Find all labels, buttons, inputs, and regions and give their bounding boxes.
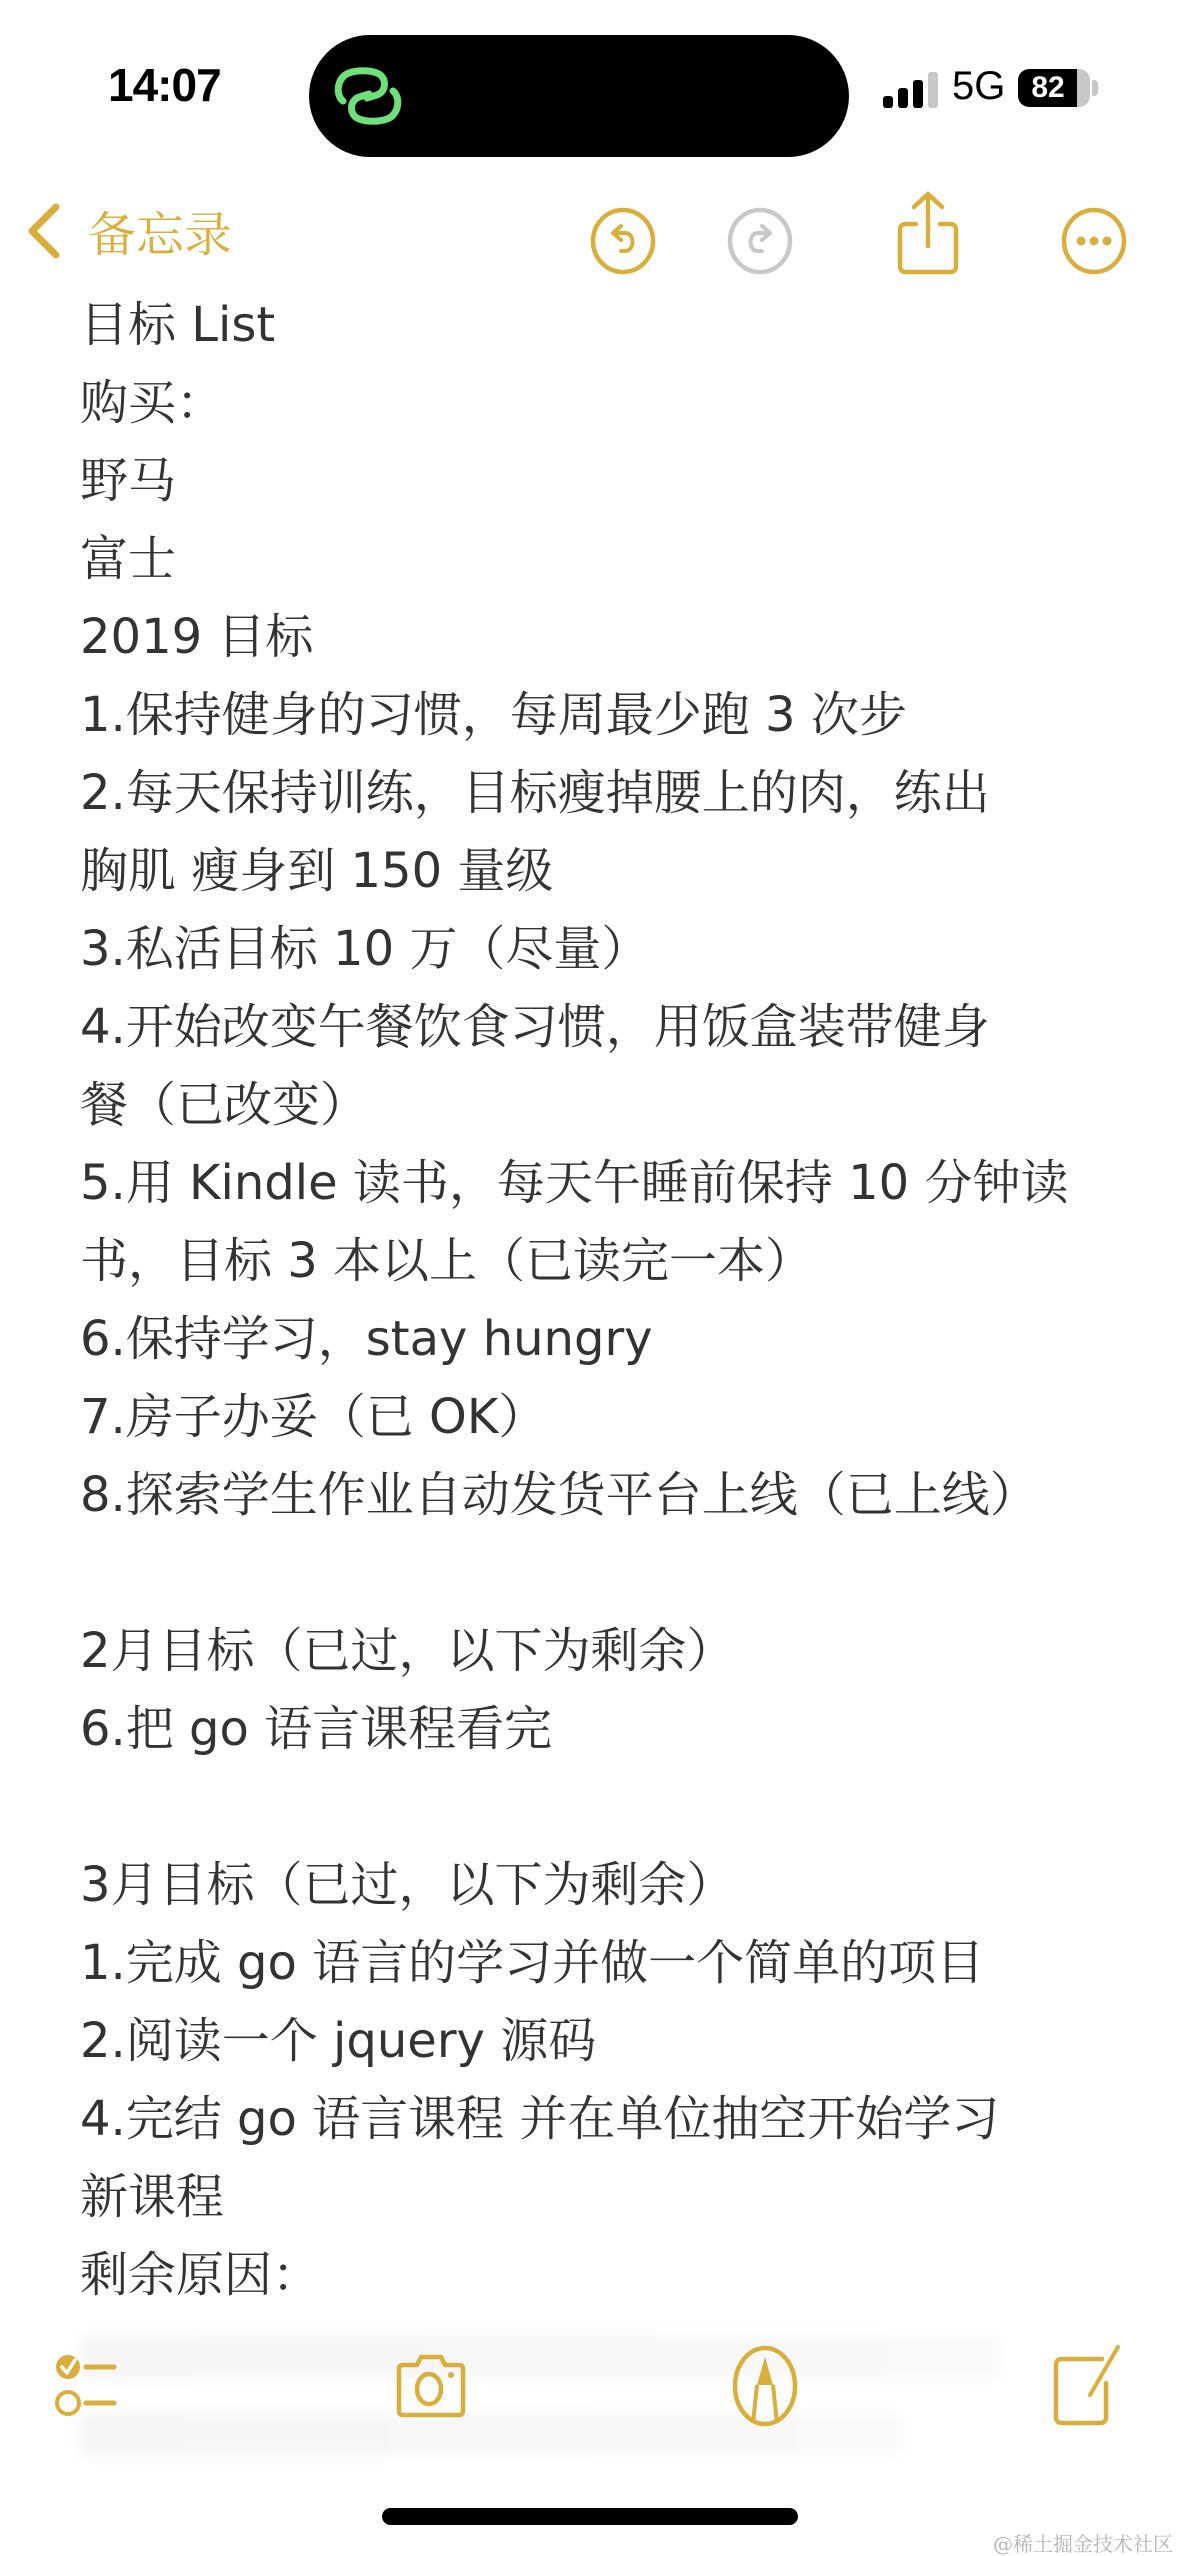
battery-percent: 82	[1018, 69, 1078, 107]
back-label: 备忘录	[88, 196, 232, 265]
watermark: @稀土掘金技术社区	[993, 2528, 1173, 2556]
dynamic-island[interactable]	[309, 35, 849, 157]
battery-indicator: 82	[1018, 69, 1090, 107]
share-icon[interactable]	[894, 190, 962, 276]
note-line: 7.房子办妥（已 OK）	[80, 1378, 1068, 1456]
note-line: 新课程	[80, 2158, 1068, 2236]
note-line: 剩余原因：	[80, 2236, 1068, 2314]
status-time: 14:07	[108, 58, 221, 112]
note-line: 3月目标（已过，以下为剩余）	[80, 1846, 1068, 1924]
note-line: 富士	[80, 520, 1068, 598]
chevron-left-icon	[24, 201, 64, 261]
note-line: 2月目标（已过，以下为剩余）	[80, 1612, 1068, 1690]
note-line: 6.把 go 语言课程看完	[80, 1690, 1068, 1768]
note-line: 1.完成 go 语言的学习并做一个简单的项目	[80, 1924, 1068, 2002]
note-blank-line	[80, 1768, 1068, 1846]
note-line: 目标 List	[80, 286, 1068, 364]
link-icon	[333, 65, 403, 127]
note-line: 8.探索学生作业自动发货平台上线（已上线）	[80, 1456, 1068, 1534]
obscured-note-text	[80, 2335, 1000, 2379]
network-type: 5G	[952, 64, 1005, 109]
note-line: 购买：	[80, 364, 1068, 442]
note-line: 6.保持学习，stay hungry	[80, 1300, 1068, 1378]
battery-cap	[1092, 80, 1098, 96]
note-line: 4.完结 go 语言课程 并在单位抽空开始学习	[80, 2080, 1068, 2158]
note-line: 野马	[80, 442, 1068, 520]
note-line: 5.用 Kindle 读书，每天午睡前保持 10 分钟读	[80, 1144, 1068, 1222]
note-line: 胸肌 瘦身到 150 量级	[80, 832, 1068, 910]
note-body[interactable]: 目标 List 购买： 野马 富士 2019 目标 1.保持健身的习惯，每周最少…	[80, 286, 1068, 2314]
note-blank-line	[80, 1534, 1068, 1612]
redo-icon[interactable]	[726, 207, 794, 275]
back-button[interactable]: 备忘录	[24, 196, 232, 265]
checklist-icon[interactable]	[50, 2347, 130, 2427]
note-line: 1.保持健身的习惯，每周最少跑 3 次步	[80, 676, 1068, 754]
cellular-signal-icon	[883, 72, 939, 108]
undo-icon[interactable]	[589, 207, 657, 275]
home-indicator[interactable]	[382, 2508, 798, 2525]
note-line: 3.私活目标 10 万（尽量）	[80, 910, 1068, 988]
note-line: 2.每天保持训练，目标瘦掉腰上的肉，练出	[80, 754, 1068, 832]
more-icon[interactable]	[1060, 207, 1128, 275]
compose-icon[interactable]	[1050, 2343, 1130, 2429]
note-line: 书，目标 3 本以上（已读完一本）	[80, 1222, 1068, 1300]
camera-icon[interactable]	[391, 2347, 471, 2427]
note-line: 2.阅读一个 jquery 源码	[80, 2002, 1068, 2080]
markup-icon[interactable]	[725, 2343, 805, 2429]
note-line: 4.开始改变午餐饮食习惯，用饭盒装带健身	[80, 988, 1068, 1066]
note-line: 2019 目标	[80, 598, 1068, 676]
note-line: 餐（已改变）	[80, 1066, 1068, 1144]
